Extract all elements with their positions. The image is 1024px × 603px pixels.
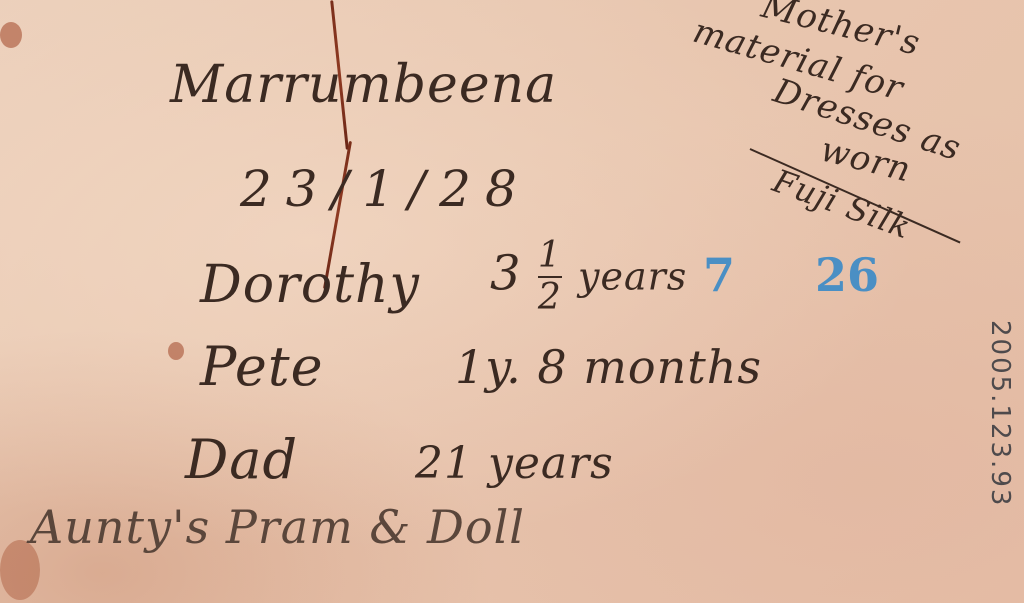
entry-dorothy-age: 3 1 2 years: [490, 238, 687, 316]
age-whole: 3: [490, 246, 522, 302]
entry-pete-name: Pete: [200, 335, 324, 398]
age-fraction: 1 2: [538, 238, 562, 316]
entry-dad-age: 21 years: [415, 438, 614, 489]
handwritten-card: Marrumbeena 23/1/28 Dorothy 3 1 2 years …: [0, 0, 1024, 603]
catalog-number: 2005.123.93: [985, 320, 1015, 507]
stain-top-left: [0, 22, 22, 48]
entry-pete-age: 1y. 8 months: [455, 340, 762, 394]
date: 23/1/28: [240, 160, 531, 218]
place-name: Marrumbeena: [170, 55, 557, 115]
entry-dad-name: Dad: [185, 428, 298, 491]
age-unit: years: [578, 255, 687, 299]
footer-note: Aunty's Pram & Doll: [30, 500, 525, 554]
fraction-numerator: 1: [538, 238, 562, 274]
fraction-denominator: 2: [538, 280, 562, 316]
stain-left: [168, 342, 184, 360]
stamp-number-left: 7: [703, 248, 735, 302]
entry-dorothy-name: Dorothy: [200, 255, 420, 315]
stamp-number-right: 26: [815, 248, 879, 302]
